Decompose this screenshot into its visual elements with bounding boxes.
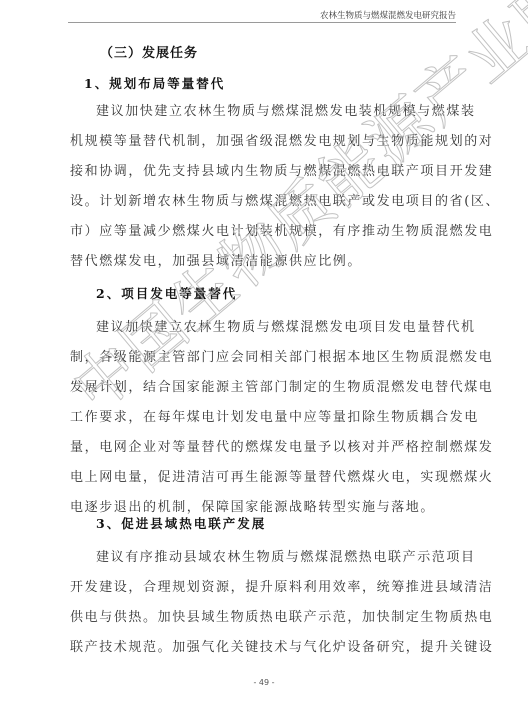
text-line: 供电与供热。加快县域生物质热电联产示范，加快制定生物质热电 [70,603,464,633]
text-line: 量，电网企业对等量替代的燃煤发电量予以核对并严格控制燃煤发 [70,433,464,463]
paragraph-2: 建议加快建立农林生物质与燃煤混燃发电项目发电量替代机 制，各级能源主管部门应会同… [70,313,464,523]
text-line: 市）应等量减少燃煤火电计划装机规模，有序推动生物质混燃发电 [70,217,464,247]
paragraph-1: 建议加快建立农林生物质与燃煤混燃发电装机规模与燃煤装 机规模等量替代机制，加强省… [70,97,464,277]
text-line: 建议加快建立农林生物质与燃煤混燃发电项目发电量替代机 [70,313,464,343]
text-line: 联产技术规范。加强气化关键技术与气化炉设备研究，提升关键设 [70,633,464,663]
section-heading: （三）发展任务 [100,42,198,61]
text-line: 电上网电量，促进清洁可再生能源等量替代燃煤火电，实现燃煤火 [70,463,464,493]
text-line: 接和协调，优先支持县域内生物质与燃煤混燃热电联产项目开发建 [70,157,464,187]
page-header: 农林生物质与燃煤混燃发电研究报告 [68,10,456,23]
subsection-heading-3: 3、促进县域热电联产发展 [96,514,266,532]
text-line: 工作要求，在每年煤电计划发电量中应等量扣除生物质耦合发电 [70,403,464,433]
subsection-heading-2: 2、项目发电等量替代 [96,284,237,302]
subsection-heading-1: 1、规划布局等量替代 [84,74,225,92]
paragraph-3: 建议有序推动县域农林生物质与燃煤混燃热电联产示范项目 开发建设，合理规划资源，提… [70,543,464,663]
text-line: 替代燃煤发电，加强县域清洁能源供应比例。 [70,247,464,277]
report-title: 农林生物质与燃煤混燃发电研究报告 [320,9,456,21]
text-line: 开发建设，合理规划资源，提升原料利用效率，统筹推进县域清洁 [70,573,464,603]
text-line: 发展计划，结合国家能源主管部门制定的生物质混燃发电替代煤电 [70,373,464,403]
text-line: 制，各级能源主管部门应会同相关部门根据本地区生物质混燃发电 [70,343,464,373]
text-line: 建议加快建立农林生物质与燃煤混燃发电装机规模与燃煤装 [70,97,464,127]
text-line: 设。计划新增农林生物质与燃煤混燃热电联产或发电项目的省(区、 [70,187,464,217]
page-number: - 49 - [0,678,528,687]
text-line: 机规模等量替代机制，加强省级混燃发电规划与生物质能规划的对 [70,127,464,157]
text-line: 建议有序推动县域农林生物质与燃煤混燃热电联产示范项目 [70,543,464,573]
